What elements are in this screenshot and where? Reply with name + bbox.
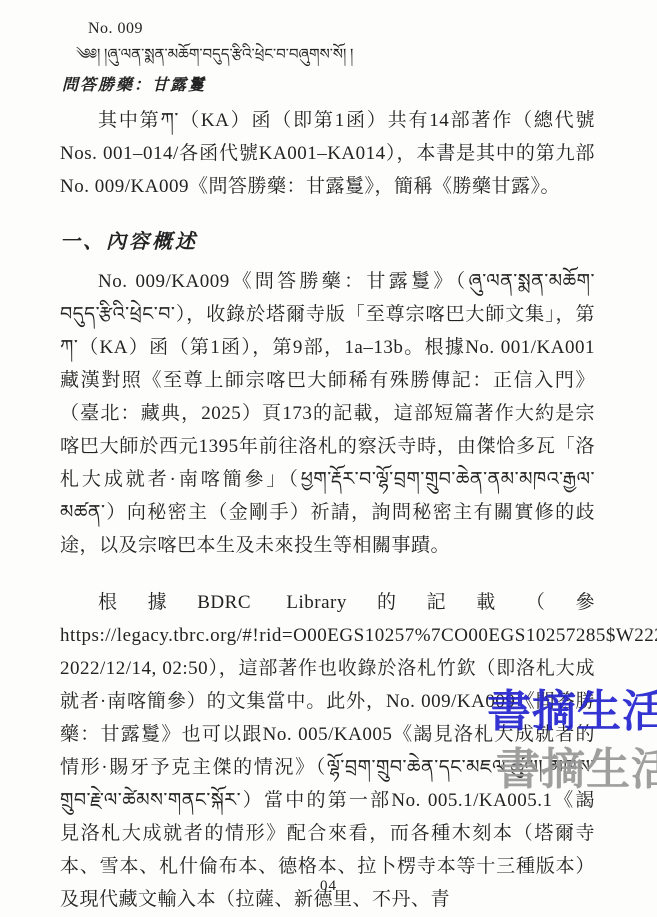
document-page: No. 009 ༄༅། །ཞུ་ལན་སྨན་མཆོག་བདུད་རྩིའི་ཕ…: [0, 0, 657, 917]
paragraph-volume-intro: 其中第ཀ་（KA）函（即第1函）共有14部著作（總代號Nos. 001–014/…: [60, 104, 595, 203]
chinese-title: 問答勝藥：甘露鬘: [62, 72, 206, 95]
page-number: 04: [0, 878, 657, 895]
doc-number: No. 009: [88, 20, 143, 38]
page-body: 其中第ཀ་（KA）函（即第1函）共有14部著作（總代號Nos. 001–014/…: [60, 104, 595, 916]
paragraph-bdrc-record: 根據BDRC Library的記載（參https://legacy.tbrc.o…: [60, 586, 595, 916]
tibetan-title: ༄༅། །ཞུ་ལན་སྨན་མཆོག་བདུད་རྩིའི་ཕྲེང་བ་བཞ…: [76, 44, 353, 66]
section-heading: 一、內容概述: [60, 227, 595, 257]
paragraph-content-overview: No. 009/KA009《問答勝藥：甘露鬘》（ཞུ་ལན་སྨན་མཆོག་བ…: [60, 265, 595, 562]
